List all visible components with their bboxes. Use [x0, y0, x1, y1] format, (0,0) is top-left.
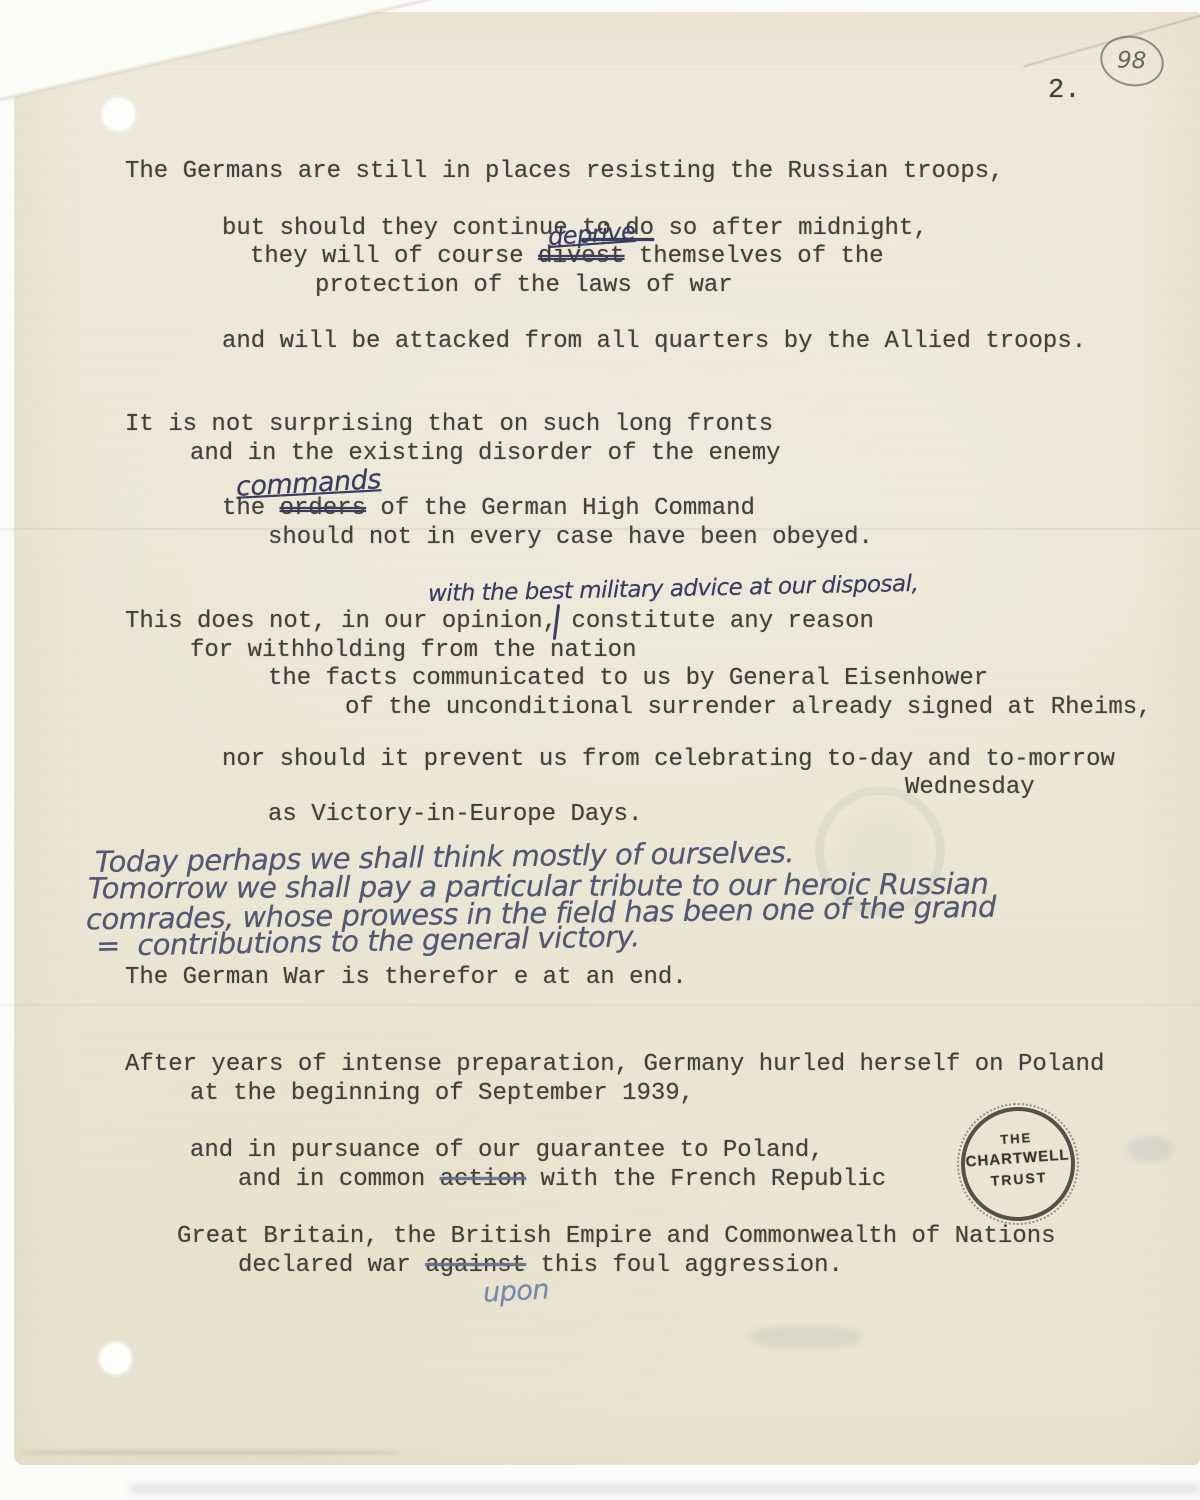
- bleed-through-smudge: [1128, 1136, 1172, 1162]
- typed-line-5: and will be attacked from all quarters b…: [222, 328, 1086, 357]
- typed-segment: of the German High Command: [366, 495, 755, 522]
- handwritten-upon: upon: [482, 1274, 549, 1308]
- scanned-typescript-page: { "page": { "archival_number": "98", "ty…: [0, 0, 1200, 1500]
- stamp-text-chartwell: CHARTWELL: [964, 1146, 1071, 1170]
- typed-segment: themselves of the: [624, 243, 883, 270]
- typed-segment: they will of course: [250, 243, 538, 270]
- stamp-text-the: THE: [963, 1127, 1070, 1149]
- typed-page-number: 2.: [1048, 75, 1080, 107]
- typed-line-13: of the unconditional surrender already s…: [345, 694, 1152, 723]
- horizontal-crease: [0, 1004, 1200, 1008]
- typed-segment: and in common: [238, 1166, 440, 1193]
- typed-line-21: and in common action with the French Rep…: [238, 1166, 886, 1195]
- typed-segment: with the French Republic: [526, 1166, 886, 1193]
- scan-edge-shadow: [130, 1486, 1200, 1492]
- typed-segment: but should they continue: [222, 215, 582, 242]
- typed-line-6: It is not surprising that on such long f…: [125, 411, 773, 440]
- hole-punch-top: [100, 96, 137, 133]
- typed-line-1: The Germans are still in places resistin…: [125, 158, 1004, 187]
- typed-segment: declared war: [238, 1252, 425, 1279]
- struck-word-action: action: [440, 1166, 526, 1193]
- typed-line-17: The German War is therefor e at an end.: [125, 964, 687, 993]
- typed-line-9: should not in every case have been obeye…: [268, 524, 873, 553]
- archival-number: 98: [1117, 47, 1147, 74]
- typed-segment: constitute any reason: [557, 608, 874, 635]
- typed-line-16: as Victory-in-Europe Days.: [268, 801, 642, 830]
- struck-word-against: against: [425, 1252, 526, 1279]
- typed-segment: this foul aggression.: [526, 1252, 843, 1279]
- typed-line-15-wednesday: Wednesday: [905, 774, 1035, 803]
- typed-line-20: and in pursuance of our guarantee to Pol…: [190, 1137, 824, 1166]
- stamp-text-trust: TRUST: [966, 1167, 1073, 1190]
- typed-line-19: at the beginning of September 1939,: [190, 1080, 694, 1109]
- typed-line-14: nor should it prevent us from celebratin…: [222, 746, 1115, 775]
- hole-punch-bottom: [98, 1341, 133, 1376]
- typed-line-22: Great Britain, the British Empire and Co…: [177, 1223, 1056, 1252]
- typed-segment: This does not, in our opinion,: [125, 608, 557, 635]
- bleed-through-smudge: [750, 1326, 862, 1348]
- typed-line-11: for withholding from the nation: [190, 637, 636, 666]
- pencil-smudge: [20, 1450, 400, 1455]
- typed-line-4: protection of the laws of war: [315, 272, 733, 301]
- typed-segment: so after midnight,: [654, 215, 928, 242]
- typed-line-12: the facts communicated to us by General …: [268, 665, 988, 694]
- typed-line-18: After years of intense preparation, Germ…: [125, 1051, 1104, 1080]
- typed-line-7: and in the existing disorder of the enem…: [190, 440, 781, 469]
- typed-line-10: This does not, in our opinion, constitut…: [125, 608, 874, 637]
